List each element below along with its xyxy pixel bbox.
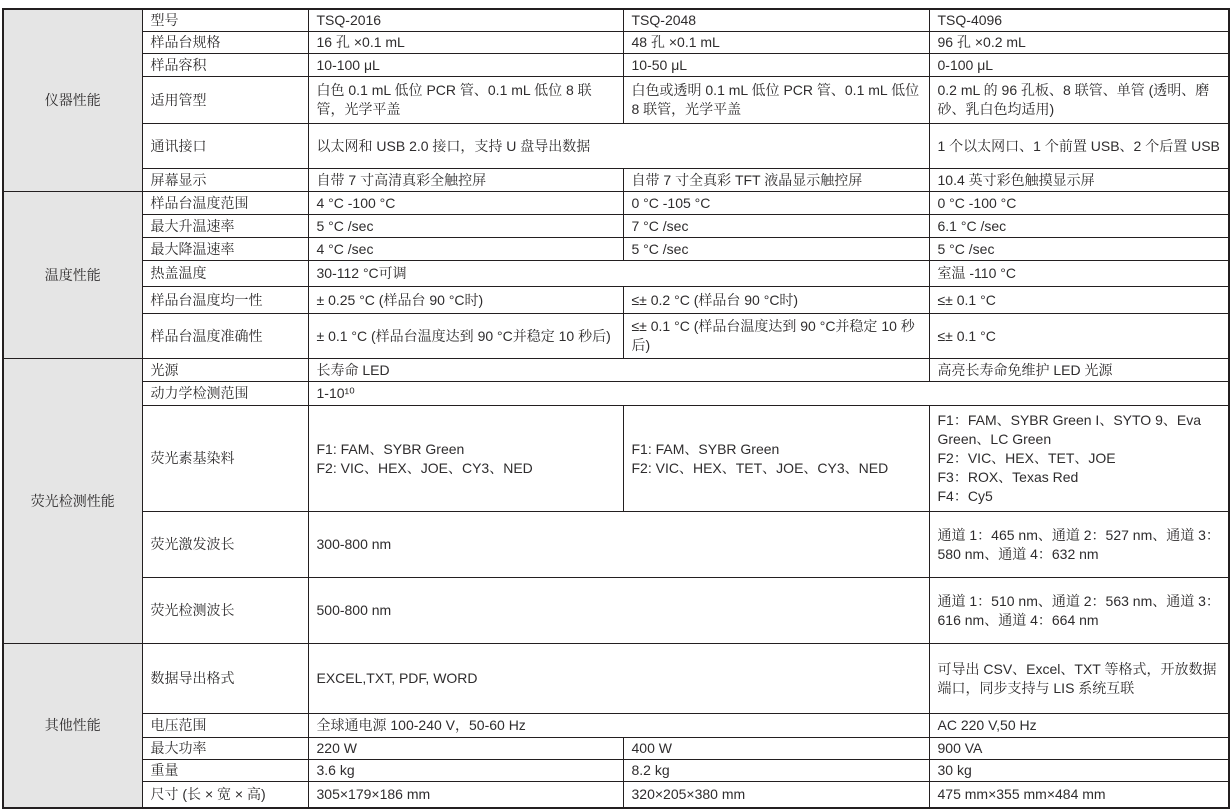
table-row: 仪器性能 型号 TSQ-2016 TSQ-2048 TSQ-4096 [3, 9, 1229, 32]
value-cell: EXCEL,TXT, PDF, WORD [308, 644, 929, 714]
spec-label: 型号 [142, 9, 308, 32]
spec-label: 数据导出格式 [142, 644, 308, 714]
value-cell: AC 220 V,50 Hz [929, 714, 1229, 738]
value-cell: 4 °C -100 °C [308, 192, 623, 215]
value-cell: TSQ-4096 [929, 9, 1229, 32]
spec-label: 热盖温度 [142, 261, 308, 287]
value-cell: 8.2 kg [623, 760, 929, 782]
value-cell: 室温 -110 °C [929, 261, 1229, 287]
value-cell: ± 0.25 °C (样品台 90 °C时) [308, 287, 623, 314]
spec-label: 通讯接口 [142, 124, 308, 169]
value-cell: 96 孔 ×0.2 mL [929, 32, 1229, 54]
table-row: 尺寸 (长 × 宽 × 高) 305×179×186 mm 320×205×38… [3, 782, 1229, 808]
value-cell: 1 个以太网口、1 个前置 USB、2 个后置 USB [929, 124, 1229, 169]
spec-label: 样品台温度准确性 [142, 314, 308, 359]
spec-label: 重量 [142, 760, 308, 782]
spec-comparison-table: 仪器性能 型号 TSQ-2016 TSQ-2048 TSQ-4096 样品台规格… [2, 8, 1230, 809]
spec-label: 动力学检测范围 [142, 382, 308, 406]
table-row: 热盖温度 30-112 °C可调 室温 -110 °C [3, 261, 1229, 287]
value-cell: ≤± 0.2 °C (样品台 90 °C时) [623, 287, 929, 314]
value-cell: 7 °C /sec [623, 215, 929, 238]
spec-label: 屏幕显示 [142, 169, 308, 192]
value-cell: 305×179×186 mm [308, 782, 623, 808]
table-row: 最大升温速率 5 °C /sec 7 °C /sec 6.1 °C /sec [3, 215, 1229, 238]
value-cell: TSQ-2016 [308, 9, 623, 32]
value-cell: 5 °C /sec [308, 215, 623, 238]
value-cell: 自带 7 寸高清真彩全触控屏 [308, 169, 623, 192]
value-cell: 320×205×380 mm [623, 782, 929, 808]
value-cell: F1：FAM、SYBR Green I、SYTO 9、Eva Green、LC … [929, 406, 1229, 512]
table-row: 荧光激发波长 300-800 nm 通道 1：465 nm、通道 2：527 n… [3, 512, 1229, 578]
value-cell: 0 °C -100 °C [929, 192, 1229, 215]
value-cell: 3.6 kg [308, 760, 623, 782]
value-cell: 高亮长寿命免维护 LED 光源 [929, 359, 1229, 382]
value-cell: 10-100 μL [308, 54, 623, 77]
value-cell: 400 W [623, 738, 929, 760]
spec-label: 最大功率 [142, 738, 308, 760]
value-cell: 全球通电源 100-240 V，50-60 Hz [308, 714, 929, 738]
table-row: 最大降温速率 4 °C /sec 5 °C /sec 5 °C /sec [3, 238, 1229, 261]
value-cell: 以太网和 USB 2.0 接口，支持 U 盘导出数据 [308, 124, 929, 169]
table-row: 屏幕显示 自带 7 寸高清真彩全触控屏 自带 7 寸全真彩 TFT 液晶显示触控… [3, 169, 1229, 192]
spec-label: 光源 [142, 359, 308, 382]
value-cell: 300-800 nm [308, 512, 929, 578]
table-row: 荧光检测波长 500-800 nm 通道 1：510 nm、通道 2：563 n… [3, 578, 1229, 644]
category-cell: 其他性能 [3, 644, 142, 808]
table-row: 其他性能 数据导出格式 EXCEL,TXT, PDF, WORD 可导出 CSV… [3, 644, 1229, 714]
spec-label: 样品台温度范围 [142, 192, 308, 215]
value-cell: 1-10¹⁰ [308, 382, 1229, 406]
value-cell: 0.2 mL 的 96 孔板、8 联管、单管 (透明、磨砂、乳白色均适用) [929, 77, 1229, 124]
value-cell: 16 孔 ×0.1 mL [308, 32, 623, 54]
spec-label: 样品容积 [142, 54, 308, 77]
value-cell: 500-800 nm [308, 578, 929, 644]
page-background: 仪器性能 型号 TSQ-2016 TSQ-2048 TSQ-4096 样品台规格… [0, 0, 1231, 812]
value-cell: ≤± 0.1 °C (样品台温度达到 90 °C并稳定 10 秒后) [623, 314, 929, 359]
value-cell: 白色 0.1 mL 低位 PCR 管、0.1 mL 低位 8 联管，光学平盖 [308, 77, 623, 124]
value-cell: 4 °C /sec [308, 238, 623, 261]
value-cell: 475 mm×355 mm×484 mm [929, 782, 1229, 808]
table-row: 重量 3.6 kg 8.2 kg 30 kg [3, 760, 1229, 782]
spec-label: 电压范围 [142, 714, 308, 738]
value-cell: 通道 1：465 nm、通道 2：527 nm、通道 3：580 nm、通道 4… [929, 512, 1229, 578]
table-row: 样品台温度均一性 ± 0.25 °C (样品台 90 °C时) ≤± 0.2 °… [3, 287, 1229, 314]
spec-label: 样品台温度均一性 [142, 287, 308, 314]
value-cell: F1: FAM、SYBR Green F2: VIC、HEX、TET、JOE、C… [623, 406, 929, 512]
spec-label: 最大降温速率 [142, 238, 308, 261]
value-cell: F1: FAM、SYBR Green F2: VIC、HEX、JOE、CY3、N… [308, 406, 623, 512]
value-cell: TSQ-2048 [623, 9, 929, 32]
spec-label: 荧光素基染料 [142, 406, 308, 512]
table-row: 样品台规格 16 孔 ×0.1 mL 48 孔 ×0.1 mL 96 孔 ×0.… [3, 32, 1229, 54]
value-cell: ± 0.1 °C (样品台温度达到 90 °C并稳定 10 秒后) [308, 314, 623, 359]
value-cell: 长寿命 LED [308, 359, 929, 382]
value-cell: 10.4 英寸彩色触摸显示屏 [929, 169, 1229, 192]
category-cell: 仪器性能 [3, 9, 142, 192]
table-row: 动力学检测范围 1-10¹⁰ [3, 382, 1229, 406]
table-row: 荧光检测性能 光源 长寿命 LED 高亮长寿命免维护 LED 光源 [3, 359, 1229, 382]
value-cell: 900 VA [929, 738, 1229, 760]
value-cell: 0-100 μL [929, 54, 1229, 77]
value-cell: 可导出 CSV、Excel、TXT 等格式，开放数据端口，同步支持与 LIS 系… [929, 644, 1229, 714]
table-row: 温度性能 样品台温度范围 4 °C -100 °C 0 °C -105 °C 0… [3, 192, 1229, 215]
value-cell: 30-112 °C可调 [308, 261, 929, 287]
table-row: 适用管型 白色 0.1 mL 低位 PCR 管、0.1 mL 低位 8 联管，光… [3, 77, 1229, 124]
value-cell: 5 °C /sec [623, 238, 929, 261]
value-cell: 0 °C -105 °C [623, 192, 929, 215]
table-row: 荧光素基染料 F1: FAM、SYBR Green F2: VIC、HEX、JO… [3, 406, 1229, 512]
value-cell: 6.1 °C /sec [929, 215, 1229, 238]
spec-label: 样品台规格 [142, 32, 308, 54]
value-cell: 10-50 μL [623, 54, 929, 77]
category-cell: 荧光检测性能 [3, 359, 142, 644]
table-row: 最大功率 220 W 400 W 900 VA [3, 738, 1229, 760]
spec-label: 尺寸 (长 × 宽 × 高) [142, 782, 308, 808]
value-cell: 30 kg [929, 760, 1229, 782]
spec-label: 最大升温速率 [142, 215, 308, 238]
value-cell: ≤± 0.1 °C [929, 287, 1229, 314]
value-cell: 白色或透明 0.1 mL 低位 PCR 管、0.1 mL 低位 8 联管，光学平… [623, 77, 929, 124]
value-cell: 自带 7 寸全真彩 TFT 液晶显示触控屏 [623, 169, 929, 192]
category-cell: 温度性能 [3, 192, 142, 359]
spec-label: 荧光检测波长 [142, 578, 308, 644]
value-cell: ≤± 0.1 °C [929, 314, 1229, 359]
value-cell: 通道 1：510 nm、通道 2：563 nm、通道 3：616 nm、通道 4… [929, 578, 1229, 644]
value-cell: 220 W [308, 738, 623, 760]
value-cell: 48 孔 ×0.1 mL [623, 32, 929, 54]
value-cell: 5 °C /sec [929, 238, 1229, 261]
table-row: 样品台温度准确性 ± 0.1 °C (样品台温度达到 90 °C并稳定 10 秒… [3, 314, 1229, 359]
table-row: 通讯接口 以太网和 USB 2.0 接口，支持 U 盘导出数据 1 个以太网口、… [3, 124, 1229, 169]
table-row: 样品容积 10-100 μL 10-50 μL 0-100 μL [3, 54, 1229, 77]
spec-label: 适用管型 [142, 77, 308, 124]
table-row: 电压范围 全球通电源 100-240 V，50-60 Hz AC 220 V,5… [3, 714, 1229, 738]
spec-label: 荧光激发波长 [142, 512, 308, 578]
